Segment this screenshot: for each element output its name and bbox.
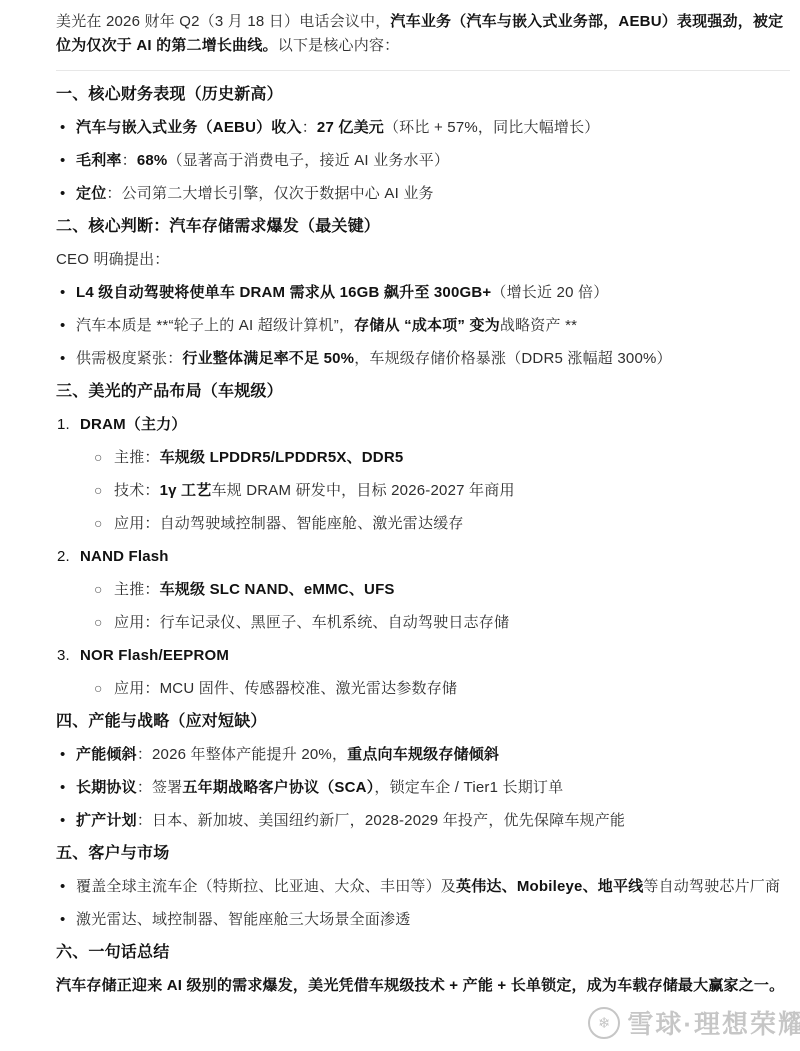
bold-text: 五年期战略客户协议（SCA）: [182, 779, 374, 796]
bullet-item: •覆盖全球主流车企（特斯拉、比亚迪、大众、丰田等）及英伟达、Mobileye、地…: [56, 875, 790, 899]
section-heading: 四、产能与战略（应对短缺）: [56, 710, 790, 734]
bullet-item: •定位：公司第二大增长引擎，仅次于数据中心 AI 业务: [56, 182, 790, 206]
bold-text: 定位: [76, 185, 106, 202]
list-number: 1.: [57, 413, 70, 437]
bullet-item: •长期协议：签署五年期战略客户协议（SCA），锁定车企 / Tier1 长期订单: [56, 776, 790, 800]
text: 应用：行车记录仪、黑匣子、车机系统、自动驾驶日志存储: [114, 614, 509, 631]
text: 美光在 2026 财年 Q2（3 月 18 日）电话会议中，: [56, 13, 390, 30]
bullet-item: •L4 级自动驾驶将使单车 DRAM 需求从 16GB 飙升至 300GB+（增…: [56, 281, 790, 305]
text: 以下是核心内容：: [278, 37, 400, 54]
bold-text: 六、一句话总结: [56, 944, 169, 961]
bold-text: 五、客户与市场: [56, 845, 169, 862]
text: ：: [122, 152, 137, 169]
sub-bullet-item: ○应用：行车记录仪、黑匣子、车机系统、自动驾驶日志存储: [56, 611, 790, 635]
text: ：公司第二大增长引擎，仅次于数据中心 AI 业务: [106, 185, 433, 202]
bold-text: 四、产能与战略（应对短缺）: [56, 713, 267, 730]
text: ，锁定车企 / Tier1 长期订单: [374, 779, 563, 796]
sub-bullet-item: ○技术：1γ 工艺车规 DRAM 研发中，目标 2026-2027 年商用: [56, 479, 790, 503]
text: ：日本、新加坡、美国纽约新厂，2028-2029 年投产，优先保障车规产能: [137, 812, 625, 829]
article-body: 美光在 2026 财年 Q2（3 月 18 日）电话会议中，汽车业务（汽车与嵌入…: [56, 10, 790, 998]
paragraph: CEO 明确提出：: [56, 248, 790, 272]
watermark-text: 雪球·理想荣耀: [627, 1004, 800, 1041]
bold-text: 1γ 工艺: [160, 482, 212, 499]
text: 技术：: [114, 482, 160, 499]
section-heading: 一、核心财务表现（历史新高）: [56, 83, 790, 107]
bold-text: DRAM（主力）: [80, 416, 187, 433]
text: 汽车本质是 **“轮子上的 AI 超级计算机”，: [76, 317, 354, 334]
bullet-item: •供需极度紧张：行业整体满足率不足 50%，车规级存储价格暴涨（DDR5 涨幅超…: [56, 347, 790, 371]
bullet-icon: •: [60, 149, 65, 173]
numbered-item: 3.NOR Flash/EEPROM: [56, 644, 790, 668]
text: （增长近 20 倍）: [491, 284, 608, 301]
numbered-item: 1.DRAM（主力）: [56, 413, 790, 437]
hollow-bullet-icon: ○: [94, 577, 103, 601]
text: ：签署: [137, 779, 183, 796]
bold-text: 存储从 “成本项” 变为: [354, 317, 500, 334]
bullet-icon: •: [60, 281, 65, 305]
text: 主推：: [114, 581, 160, 598]
paragraph: 汽车存储正迎来 AI 级别的需求爆发，美光凭借车规级技术 + 产能 + 长单锁定…: [56, 974, 790, 998]
article-page: 美光在 2026 财年 Q2（3 月 18 日）电话会议中，汽车业务（汽车与嵌入…: [0, 0, 800, 1051]
bullet-icon: •: [60, 314, 65, 338]
bold-text: 三、美光的产品布局（车规级）: [56, 383, 283, 400]
bullet-item: •汽车本质是 **“轮子上的 AI 超级计算机”，存储从 “成本项” 变为战略资…: [56, 314, 790, 338]
bold-text: 二、核心判断：汽车存储需求爆发（最关键）: [56, 218, 380, 235]
text: ：2026 年整体产能提升 20%，: [137, 746, 347, 763]
bold-text: 汽车与嵌入式业务（AEBU）收入: [76, 119, 302, 136]
text: 战略资产 **: [500, 317, 577, 334]
list-number: 2.: [57, 545, 70, 569]
sub-bullet-item: ○主推：车规级 SLC NAND、eMMC、UFS: [56, 578, 790, 602]
bullet-icon: •: [60, 116, 65, 140]
text: 应用：MCU 固件、传感器校准、激光雷达参数存储: [114, 680, 457, 697]
bullet-icon: •: [60, 182, 65, 206]
section-heading: 三、美光的产品布局（车规级）: [56, 380, 790, 404]
text: ：: [302, 119, 317, 136]
bullet-item: •毛利率：68%（显著高于消费电子，接近 AI 业务水平）: [56, 149, 790, 173]
section-heading: 二、核心判断：汽车存储需求爆发（最关键）: [56, 215, 790, 239]
text: （环比 + 57%，同比大幅增长）: [384, 119, 600, 136]
text: 覆盖全球主流车企（特斯拉、比亚迪、大众、丰田等）及: [76, 878, 456, 895]
bold-text: 车规级 LPDDR5/LPDDR5X、DDR5: [160, 449, 404, 466]
divider: [56, 70, 790, 71]
text: （显著高于消费电子，接近 AI 业务水平）: [167, 152, 449, 169]
sub-bullet-item: ○应用：自动驾驶域控制器、智能座舱、激光雷达缓存: [56, 512, 790, 536]
hollow-bullet-icon: ○: [94, 610, 103, 634]
section-heading: 五、客户与市场: [56, 842, 790, 866]
bold-text: 27 亿美元: [317, 119, 384, 136]
bold-text: 重点向车规级存储倾斜: [347, 746, 499, 763]
hollow-bullet-icon: ○: [94, 445, 103, 469]
section-heading: 六、一句话总结: [56, 941, 790, 965]
watermark: ❄ 雪球·理想荣耀: [588, 1004, 800, 1041]
bold-text: 车规级 SLC NAND、eMMC、UFS: [160, 581, 395, 598]
text: 供需极度紧张：: [76, 350, 182, 367]
bullet-icon: •: [60, 743, 65, 767]
bold-text: 一、核心财务表现（历史新高）: [56, 86, 283, 103]
bullet-icon: •: [60, 347, 65, 371]
hollow-bullet-icon: ○: [94, 511, 103, 535]
hollow-bullet-icon: ○: [94, 478, 103, 502]
text: 车规 DRAM 研发中，目标 2026-2027 年商用: [211, 482, 514, 499]
bold-text: 汽车存储正迎来 AI 级别的需求爆发，美光凭借车规级技术 + 产能 + 长单锁定…: [56, 977, 784, 994]
bold-text: 长期协议: [76, 779, 137, 796]
text: CEO 明确提出：: [56, 251, 169, 268]
bullet-icon: •: [60, 908, 65, 932]
numbered-item: 2.NAND Flash: [56, 545, 790, 569]
bullet-item: •汽车与嵌入式业务（AEBU）收入：27 亿美元（环比 + 57%，同比大幅增长…: [56, 116, 790, 140]
bold-text: 68%: [137, 152, 168, 169]
text: 激光雷达、域控制器、智能座舱三大场景全面渗透: [76, 911, 410, 928]
bullet-item: •激光雷达、域控制器、智能座舱三大场景全面渗透: [56, 908, 790, 932]
bullet-item: •产能倾斜：2026 年整体产能提升 20%，重点向车规级存储倾斜: [56, 743, 790, 767]
paragraph: 美光在 2026 财年 Q2（3 月 18 日）电话会议中，汽车业务（汽车与嵌入…: [56, 10, 790, 58]
text: 应用：自动驾驶域控制器、智能座舱、激光雷达缓存: [114, 515, 464, 532]
sub-bullet-item: ○主推：车规级 LPDDR5/LPDDR5X、DDR5: [56, 446, 790, 470]
sub-bullet-item: ○应用：MCU 固件、传感器校准、激光雷达参数存储: [56, 677, 790, 701]
bullet-icon: •: [60, 809, 65, 833]
text: 等自动驾驶芯片厂商: [643, 878, 780, 895]
hollow-bullet-icon: ○: [94, 676, 103, 700]
bold-text: 产能倾斜: [76, 746, 137, 763]
snowball-logo-icon: ❄: [588, 1007, 620, 1039]
text: ，车规级存储价格暴涨（DDR5 涨幅超 300%）: [354, 350, 672, 367]
bullet-icon: •: [60, 875, 65, 899]
bold-text: 行业整体满足率不足 50%: [182, 350, 354, 367]
bold-text: NAND Flash: [80, 548, 169, 565]
bold-text: NOR Flash/EEPROM: [80, 647, 229, 664]
bullet-icon: •: [60, 776, 65, 800]
bullet-item: •扩产计划：日本、新加坡、美国纽约新厂，2028-2029 年投产，优先保障车规…: [56, 809, 790, 833]
bold-text: 毛利率: [76, 152, 122, 169]
bold-text: 扩产计划: [76, 812, 137, 829]
list-number: 3.: [57, 644, 70, 668]
bold-text: 英伟达、Mobileye、地平线: [456, 878, 643, 895]
bold-text: L4 级自动驾驶将使单车 DRAM 需求从 16GB 飙升至 300GB+: [76, 284, 491, 301]
text: 主推：: [114, 449, 160, 466]
